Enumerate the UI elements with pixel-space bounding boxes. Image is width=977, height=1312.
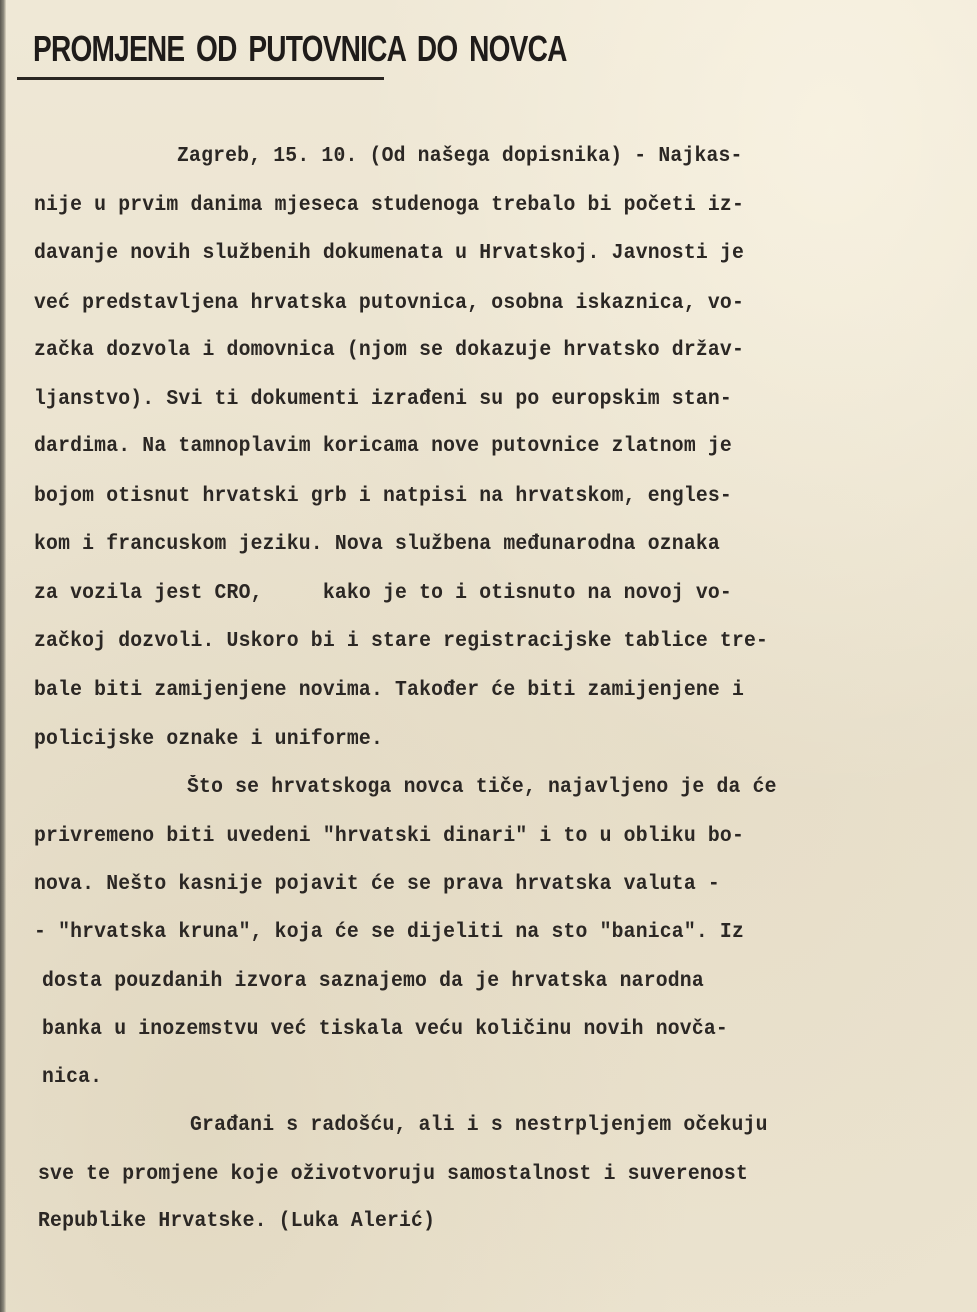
text-line: Zagreb, 15. 10. (Od našega dopisnika) - … [177, 145, 743, 168]
text-line: ljanstvo). Svi ti dokumenti izrađeni su … [34, 388, 732, 411]
text-line: nica. [42, 1066, 102, 1089]
page-binding-edge [0, 0, 6, 1312]
text-line: bojom otisnut hrvatski grb i natpisi na … [34, 485, 732, 508]
text-line: nije u prvim danima mjeseca studenoga tr… [34, 194, 744, 217]
article-headline: PROMJENE OD PUTOVNICA DO NOVCA [33, 28, 567, 70]
headline-underline [17, 77, 384, 80]
text-line: policijske oznake i uniforme. [34, 728, 383, 751]
text-line: banka u inozemstvu već tiskala veću koli… [42, 1018, 728, 1041]
text-line: - "hrvatska kruna", koja će se dijeliti … [34, 921, 744, 944]
text-line: začkoj dozvoli. Uskoro bi i stare regist… [34, 630, 768, 653]
text-line: za vozila jest CRO, kako je to i otisnut… [34, 582, 732, 605]
text-line: dosta pouzdanih izvora saznajemo da je h… [42, 970, 704, 993]
text-line: Građani s radošću, ali i s nestrpljenjem… [190, 1114, 768, 1137]
text-line: dardima. Na tamnoplavim koricama nove pu… [34, 435, 732, 458]
text-line: Republike Hrvatske. (Luka Alerić) [38, 1210, 435, 1233]
text-line: nova. Nešto kasnije pojavit će se prava … [34, 873, 720, 896]
text-line: bale biti zamijenjene novima. Također će… [34, 679, 744, 702]
text-line: privremeno biti uvedeni "hrvatski dinari… [34, 825, 744, 848]
text-line: već predstavljena hrvatska putovnica, os… [34, 292, 744, 315]
text-line: kom i francuskom jeziku. Nova službena m… [34, 533, 720, 556]
text-line: davanje novih službenih dokumenata u Hrv… [34, 242, 744, 265]
text-line: Što se hrvatskoga novca tiče, najavljeno… [187, 776, 777, 799]
text-line: začka dozvola i domovnica (njom se dokaz… [34, 339, 744, 362]
text-line: sve te promjene koje oživotvoruju samost… [38, 1163, 748, 1186]
